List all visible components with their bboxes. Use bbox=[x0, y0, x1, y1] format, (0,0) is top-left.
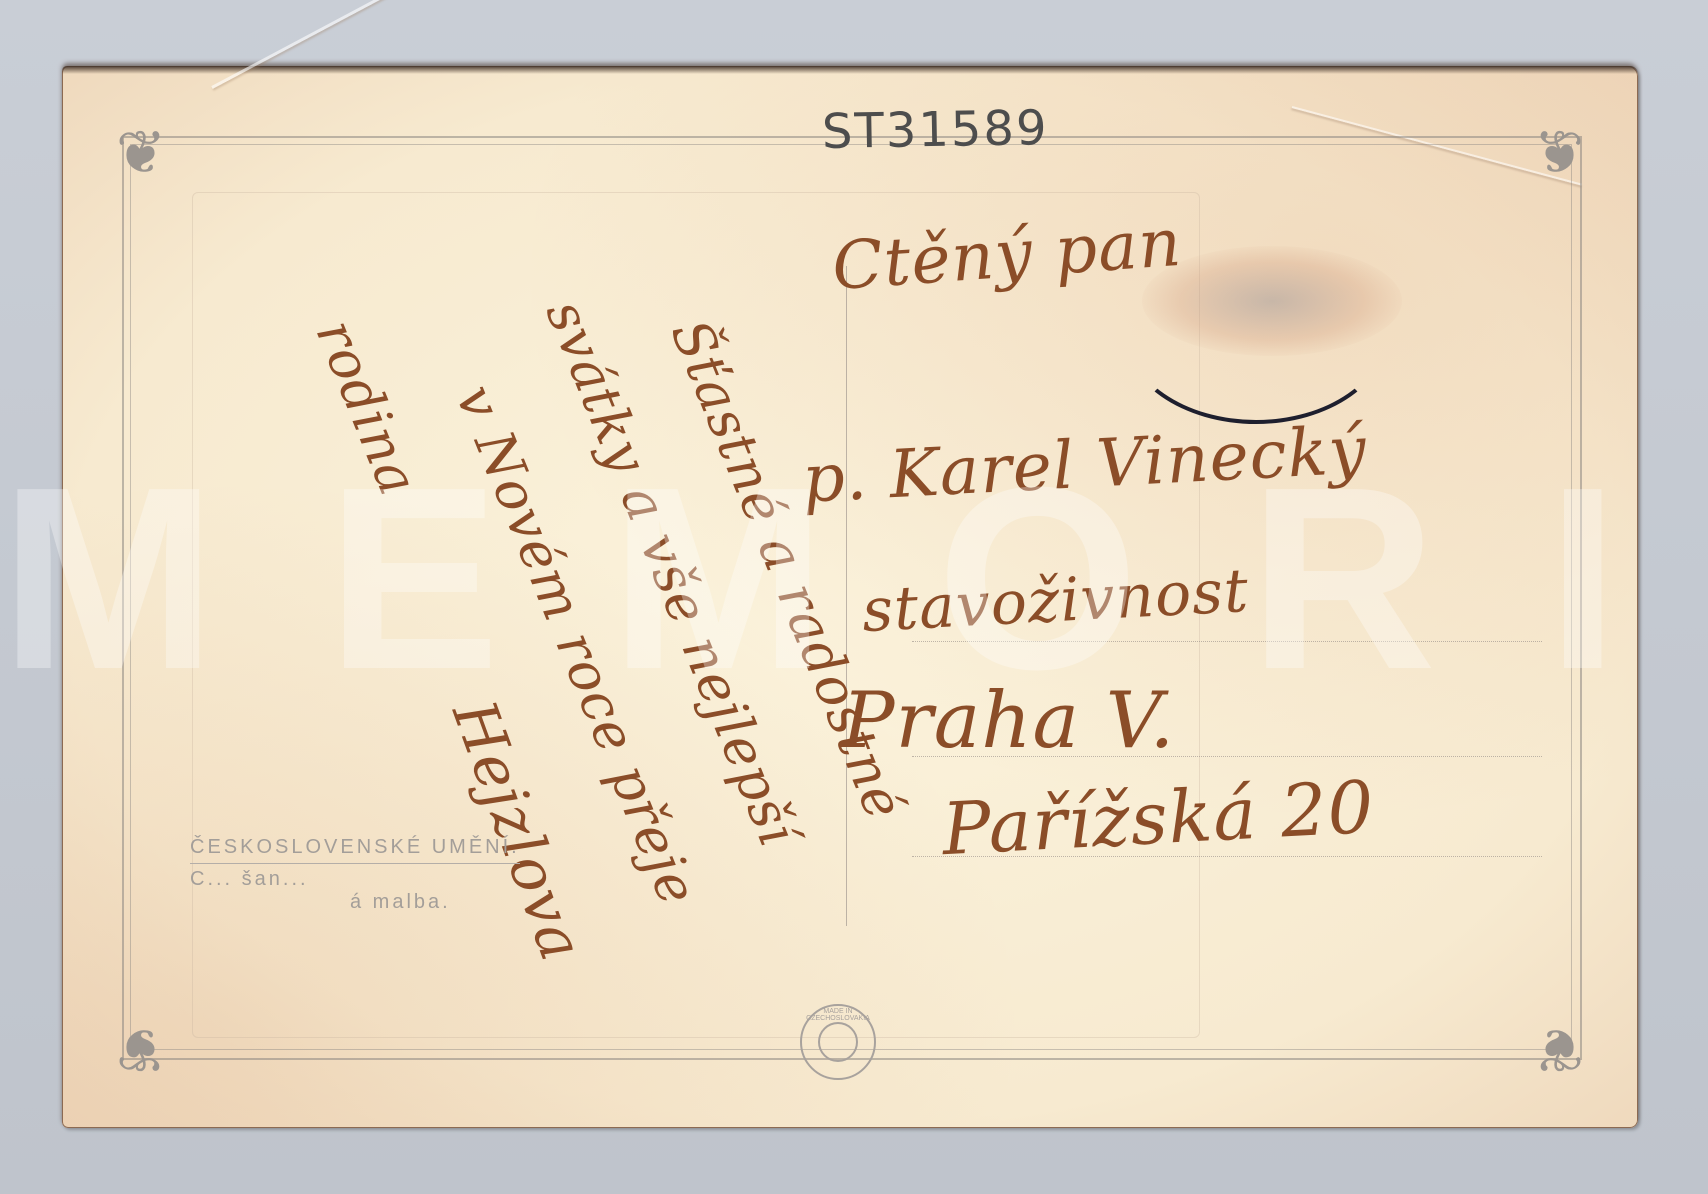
corner-ornament-icon: ❦ bbox=[102, 1010, 180, 1088]
publisher-name: ČESKOSLOVENSKÉ UMĚNÍ. bbox=[190, 836, 520, 864]
made-in-czechoslovakia-seal: MADE IN CZECHOSLOVAKIA bbox=[800, 1004, 876, 1080]
corner-ornament-icon: ❦ bbox=[1520, 1010, 1598, 1088]
corner-ornament-icon: ❦ bbox=[1520, 114, 1598, 192]
watermark: MEMORIES bbox=[0, 430, 1708, 729]
corner-ornament-icon: ❦ bbox=[102, 114, 180, 192]
publisher-line-3: á malba. bbox=[190, 891, 520, 914]
publisher-line-2: C... šan... bbox=[190, 864, 520, 891]
catalog-number: ST31589 bbox=[822, 100, 1049, 160]
publisher-imprint: ČESKOSLOVENSKÉ UMĚNÍ. C... šan... á malb… bbox=[190, 836, 520, 914]
paper-crease bbox=[211, 0, 707, 89]
seal-text: MADE IN CZECHOSLOVAKIA bbox=[806, 1008, 870, 1022]
